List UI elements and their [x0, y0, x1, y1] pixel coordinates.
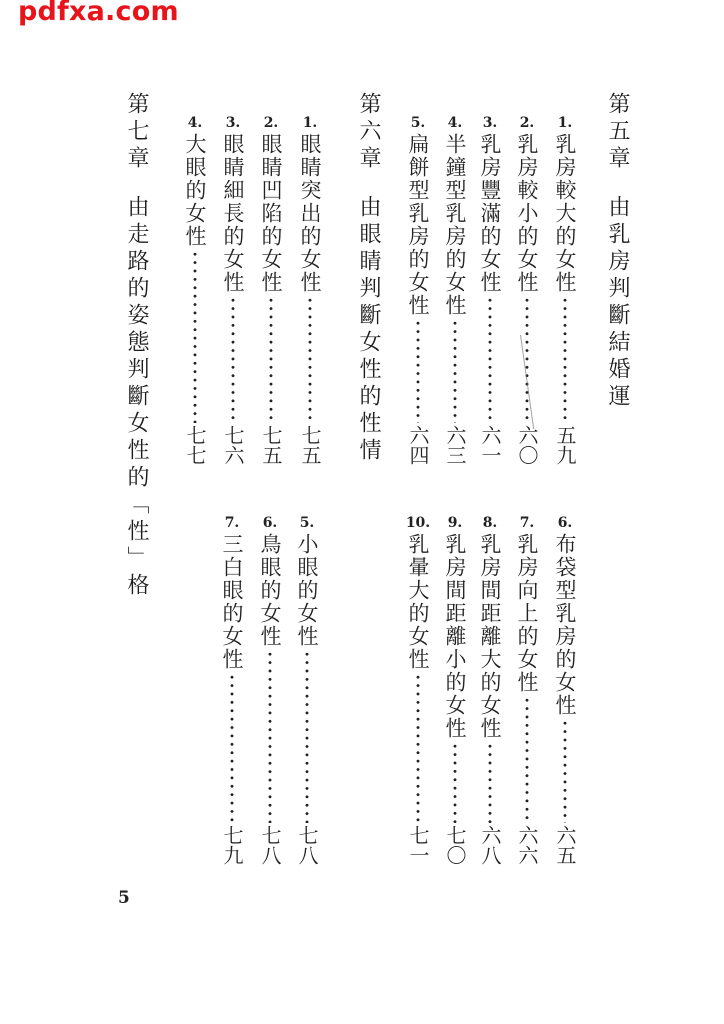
toc-entry[interactable]: 6. 鳥眼的女性 七八 — [256, 515, 284, 865]
entry-number: 7. — [225, 515, 240, 533]
entry-number: 1. — [558, 115, 573, 133]
toc-entry[interactable]: 5. 扁餅型乳房的女性 六四 — [404, 115, 432, 465]
chapter-title: 由乳房判斷結婚運 — [604, 195, 630, 411]
page-number: 七六 — [220, 425, 246, 465]
chapter-title: 由走路的姿態判斷女性的「性」格 — [123, 195, 149, 600]
page-number: 七一 — [405, 825, 431, 865]
leader-dots — [230, 673, 234, 823]
page-number: 七〇 — [442, 825, 468, 865]
leader-dots — [563, 719, 567, 823]
entry-number: 2. — [520, 115, 535, 133]
toc-entry[interactable]: 9. 乳房間距離小的女性 七〇 — [441, 515, 469, 865]
leader-dots — [453, 319, 457, 423]
entry-title: 扁餅型乳房的女性 — [405, 133, 431, 317]
page-number: 七八 — [294, 825, 320, 865]
page-number: 六八 — [477, 825, 503, 865]
entry-title: 眼睛凹陷的女性 — [258, 133, 284, 294]
entry-title: 小眼的女性 — [294, 533, 320, 648]
entry-number: 4. — [448, 115, 463, 133]
toc-entry[interactable]: 1. 眼睛突出的女性 七五 — [296, 115, 324, 465]
leader-dots — [305, 650, 309, 823]
leader-dots — [525, 296, 529, 423]
toc-entry[interactable]: 10. 乳暈大的女性 七一 — [404, 515, 432, 865]
leader-dots — [488, 742, 492, 823]
chapter-6-heading: 第六章 由眼睛判斷女性的性情 — [353, 92, 383, 465]
chapter-title: 由眼睛判斷女性的性情 — [355, 195, 381, 465]
entry-number: 10. — [406, 515, 430, 533]
entry-number: 8. — [483, 515, 498, 533]
entry-number: 4. — [188, 115, 203, 133]
leader-dots — [269, 296, 273, 423]
chapter-5-heading: 第五章 由乳房判斷結婚運 — [602, 92, 632, 411]
page-number: 六一 — [477, 425, 503, 465]
entry-title: 乳房豐滿的女性 — [477, 133, 503, 294]
entry-number: 5. — [300, 515, 315, 533]
entry-title: 乳房較大的女性 — [552, 133, 578, 294]
entry-title: 鳥眼的女性 — [257, 533, 283, 648]
leader-dots — [231, 296, 235, 423]
watermark-logo: pdfxa.com — [18, 0, 179, 27]
page-number: 七五 — [297, 425, 323, 465]
entry-title: 眼睛突出的女性 — [297, 133, 323, 294]
entry-title: 眼睛細長的女性 — [220, 133, 246, 294]
toc-entry[interactable]: 1. 乳房較大的女性 五九 — [551, 115, 579, 465]
entry-title: 乳房較小的女性 — [514, 133, 540, 294]
page-number: 六四 — [405, 425, 431, 465]
entry-number: 1. — [303, 115, 318, 133]
entry-title: 三白眼的女性 — [219, 533, 245, 671]
page-number: 七九 — [219, 825, 245, 865]
leader-dots — [416, 319, 420, 423]
leader-dots — [525, 696, 529, 823]
page-number: 六五 — [552, 825, 578, 865]
chapter-7-heading: 第七章 由走路的姿態判斷女性的「性」格 — [121, 92, 151, 600]
entry-number: 3. — [226, 115, 241, 133]
entry-number: 2. — [264, 115, 279, 133]
page-number: 六〇 — [514, 425, 540, 465]
page-number: 六六 — [514, 825, 540, 865]
toc-entry[interactable]: 3. 乳房豐滿的女性 六一 — [476, 115, 504, 465]
leader-dots — [193, 250, 197, 423]
toc-entry[interactable]: 7. 乳房向上的女性 六六 — [513, 515, 541, 865]
toc-entry[interactable]: 5. 小眼的女性 七八 — [293, 515, 321, 865]
entry-title: 乳暈大的女性 — [405, 533, 431, 671]
chapter-label: 第六章 — [355, 92, 381, 173]
toc-entry[interactable]: 8. 乳房間距離大的女性 六八 — [476, 515, 504, 865]
entry-title: 乳房間距離小的女性 — [442, 533, 468, 740]
page-number: 六三 — [442, 425, 468, 465]
entry-title: 布袋型乳房的女性 — [552, 533, 578, 717]
leader-dots — [268, 650, 272, 823]
leader-dots — [488, 296, 492, 423]
entry-title: 半鐘型乳房的女性 — [442, 133, 468, 317]
toc-entry[interactable]: 2. 眼睛凹陷的女性 七五 — [257, 115, 285, 465]
chapter-label: 第七章 — [123, 92, 149, 173]
page-number: 七五 — [258, 425, 284, 465]
toc-entry[interactable]: 2. 乳房較小的女性 六〇 — [513, 115, 541, 465]
entry-number: 9. — [448, 515, 463, 533]
entry-title: 乳房間距離大的女性 — [477, 533, 503, 740]
chapter-label: 第五章 — [604, 92, 630, 173]
page-folio: 5 — [118, 888, 130, 908]
toc-entry[interactable]: 3. 眼睛細長的女性 七六 — [219, 115, 247, 465]
toc-entry[interactable]: 4. 半鐘型乳房的女性 六三 — [441, 115, 469, 465]
page-number: 五九 — [552, 425, 578, 465]
leader-dots — [453, 742, 457, 823]
page-number: 七七 — [182, 425, 208, 465]
leader-dots — [308, 296, 312, 423]
entry-number: 7. — [520, 515, 535, 533]
entry-title: 乳房向上的女性 — [514, 533, 540, 694]
entry-number: 6. — [263, 515, 278, 533]
toc-entry[interactable]: 7. 三白眼的女性 七九 — [218, 515, 246, 865]
leader-dots — [416, 673, 420, 823]
page-number: 七八 — [257, 825, 283, 865]
toc-entry[interactable]: 6. 布袋型乳房的女性 六五 — [551, 515, 579, 865]
entry-number: 3. — [483, 115, 498, 133]
toc-entry[interactable]: 4. 大眼的女性 七七 — [181, 115, 209, 465]
leader-dots — [563, 296, 567, 423]
entry-number: 6. — [558, 515, 573, 533]
entry-title: 大眼的女性 — [182, 133, 208, 248]
entry-number: 5. — [411, 115, 426, 133]
